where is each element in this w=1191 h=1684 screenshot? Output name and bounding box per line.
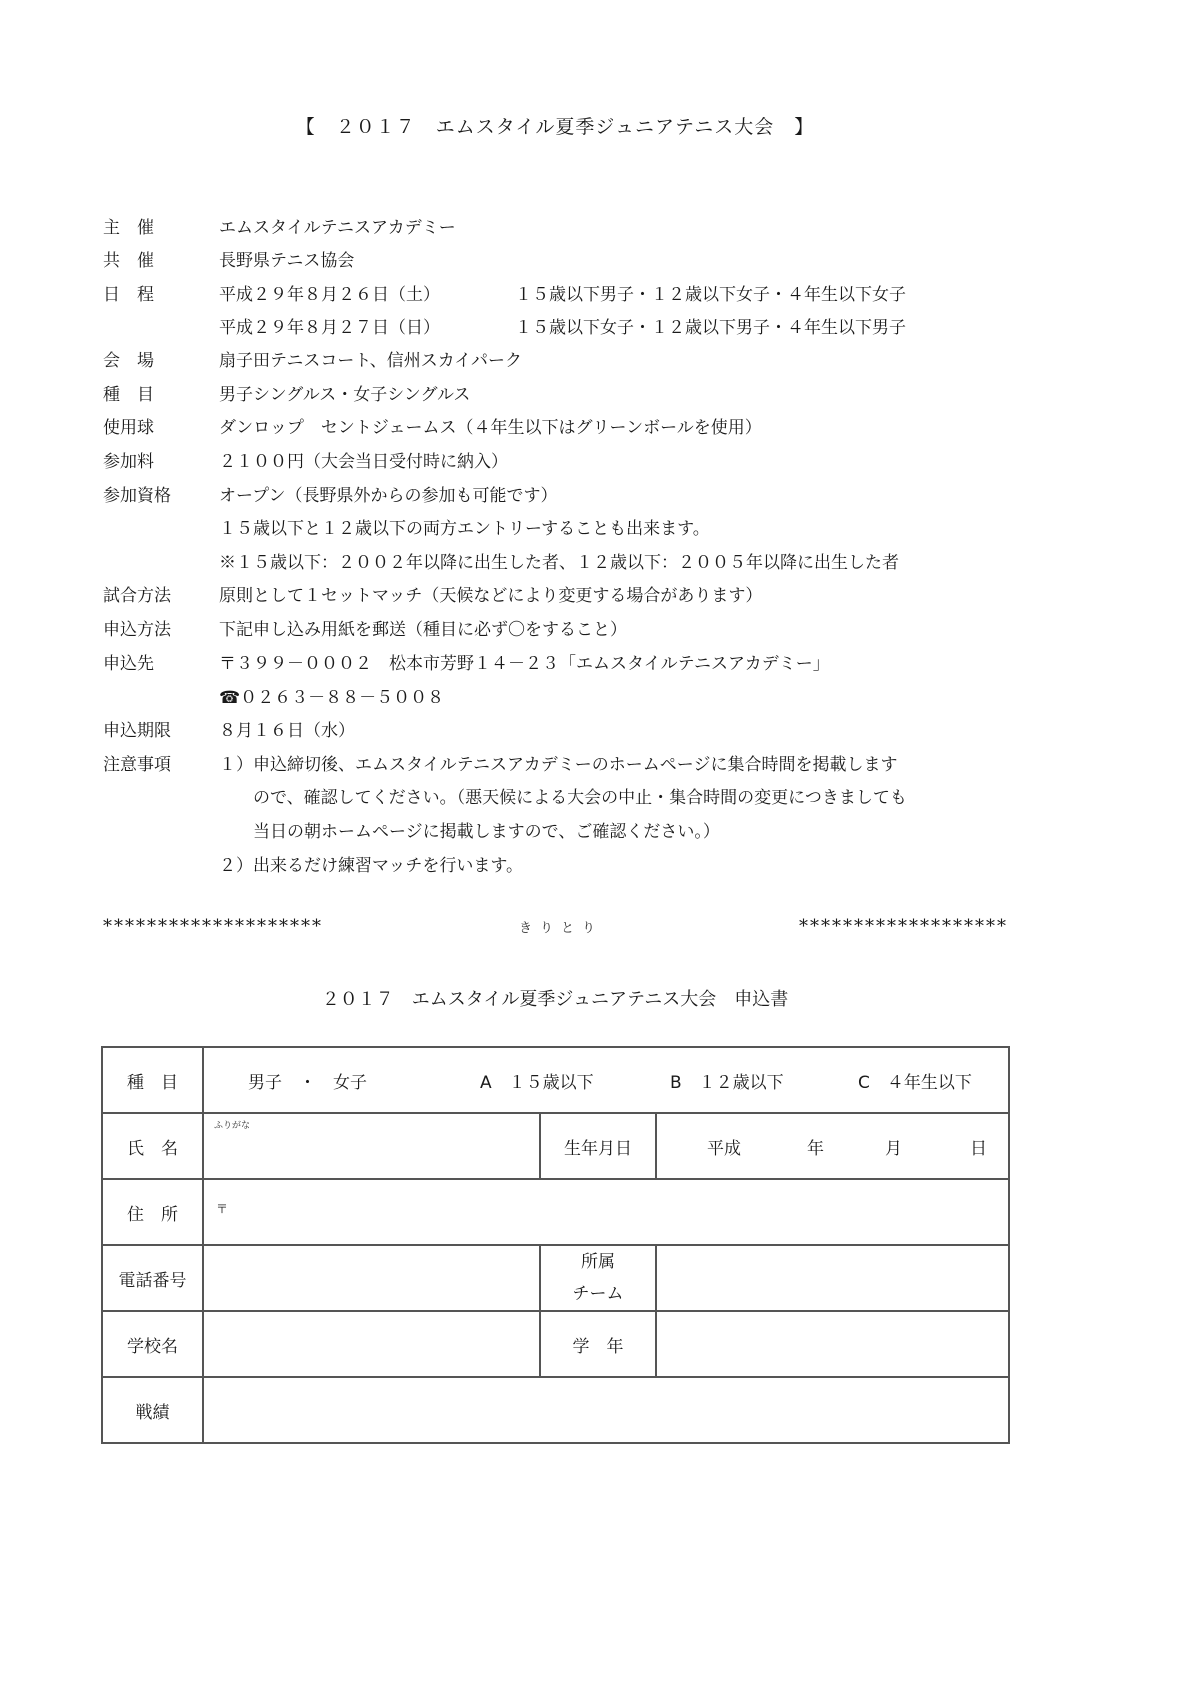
school-label: 学校名 (102, 1311, 203, 1377)
furigana-label: ふりがな (214, 1118, 250, 1131)
detail-value: 扇子田テニスコート、信州スカイパーク (219, 346, 522, 371)
detail-value: 下記申し込み用紙を郵送（種目に必ず〇をすること） (219, 615, 627, 640)
detail-label: 参加料 (103, 447, 154, 472)
grade-label: 学 年 (540, 1311, 656, 1377)
name-label: 氏 名 (102, 1113, 203, 1179)
event-option-b[interactable]: B １２歳以下 (670, 1068, 858, 1093)
detail-value: 男子シングルス・女子シングルス (219, 380, 470, 405)
dob-field[interactable]: 平成 年 月 日 (656, 1113, 1009, 1179)
event-option-c[interactable]: C ４年生以下 (858, 1068, 972, 1093)
detail-value: 〒３９９－０００２ 松本市芳野１４－２３「エムスタイルテニスアカデミー」 (219, 649, 830, 674)
form-row-event: 種 目 男子 ・ 女子 A １５歳以下 B １２歳以下 C ４年生以下 (102, 1047, 1009, 1113)
team-label-line2: チーム (541, 1278, 655, 1310)
phone-field[interactable] (203, 1245, 540, 1311)
dob-day: 日 (970, 1134, 987, 1159)
event-options-field[interactable]: 男子 ・ 女子 A １５歳以下 B １２歳以下 C ４年生以下 (203, 1047, 1009, 1113)
event-option-gender[interactable]: 男子 ・ 女子 (248, 1068, 480, 1093)
cut-line: ******************** きりとり **************… (103, 916, 1008, 937)
detail-value: エムスタイルテニスアカデミー (219, 213, 456, 238)
school-field[interactable] (203, 1311, 540, 1377)
team-label: 所属 チーム (540, 1245, 656, 1311)
detail-value: 長野県テニス協会 (219, 246, 354, 271)
page-title: 【 ２０１７ エムスタイル夏季ジュニアテニス大会 】 (0, 112, 1110, 139)
detail-label: 申込方法 (103, 615, 171, 640)
form-row-school: 学校名 学 年 (102, 1311, 1009, 1377)
detail-label: 会 場 (103, 346, 154, 371)
form-row-phone: 電話番号 所属 チーム (102, 1245, 1009, 1311)
address-field[interactable]: 〒 (203, 1179, 1009, 1245)
detail-value: ８月１６日（水） (219, 716, 355, 741)
team-field[interactable] (656, 1245, 1009, 1311)
detail-value: ２）出来るだけ練習マッチを行います。 (219, 851, 523, 876)
application-form: 種 目 男子 ・ 女子 A １５歳以下 B １２歳以下 C ４年生以下 氏 名 … (101, 1046, 1010, 1444)
cut-line-right: ******************* (799, 916, 1008, 937)
dob-label: 生年月日 (540, 1113, 656, 1179)
detail-label: 使用球 (103, 413, 154, 438)
detail-label: 参加資格 (103, 481, 171, 506)
form-row-name: 氏 名 ふりがな 生年月日 平成 年 月 日 (102, 1113, 1009, 1179)
dob-year: 年 (807, 1134, 885, 1159)
team-label-line1: 所属 (541, 1246, 655, 1278)
grade-field[interactable] (656, 1311, 1009, 1377)
detail-label: 申込先 (103, 649, 154, 674)
dob-month: 月 (885, 1134, 970, 1159)
detail-value: 当日の朝ホームページに掲載しますので、ご確認ください。） (219, 817, 720, 842)
dob-era: 平成 (707, 1134, 807, 1159)
detail-value: ので、確認してください。（悪天候による大会の中止・集合時間の変更につきましても (219, 783, 907, 808)
detail-label: 注意事項 (103, 750, 171, 775)
detail-value: ２１００円（大会当日受付時に納入） (219, 447, 508, 472)
detail-label: 申込期限 (103, 716, 171, 741)
cut-line-left: ******************** (103, 916, 323, 937)
record-label: 戦績 (102, 1377, 203, 1443)
phone-label: 電話番号 (102, 1245, 203, 1311)
form-row-address: 住 所 〒 (102, 1179, 1009, 1245)
detail-value: 平成２９年８月２６日（土） (219, 280, 440, 305)
address-label: 住 所 (102, 1179, 203, 1245)
detail-label: 共 催 (103, 246, 154, 271)
name-field[interactable]: ふりがな (203, 1113, 540, 1179)
cut-line-label: きりとり (519, 917, 603, 936)
event-option-a[interactable]: A １５歳以下 (480, 1068, 670, 1093)
detail-value: オープン（長野県外からの参加も可能です） (219, 481, 557, 506)
detail-value-categories: １５歳以下男子・１２歳以下女子・４年生以下女子 (515, 280, 906, 305)
detail-label: 試合方法 (103, 581, 171, 606)
detail-value: １５歳以下と１２歳以下の両方エントリーすることも出来ます。 (219, 514, 710, 539)
detail-label: 種 目 (103, 380, 154, 405)
detail-value: ※１５歳以下：２００２年以降に出生した者、１２歳以下：２００５年以降に出生した者 (219, 548, 899, 573)
detail-value: 平成２９年８月２７日（日） (219, 313, 440, 338)
form-row-record: 戦績 (102, 1377, 1009, 1443)
event-label: 種 目 (102, 1047, 203, 1113)
detail-value: ダンロップ セントジェームス（４年生以下はグリーンボールを使用） (219, 413, 762, 438)
detail-label: 日 程 (103, 280, 154, 305)
detail-label: 主 催 (103, 213, 154, 238)
record-field[interactable] (203, 1377, 1009, 1443)
detail-value: ☎０２６３－８８－５００８ (219, 683, 444, 708)
form-title: ２０１７ エムスタイル夏季ジュニアテニス大会 申込書 (0, 985, 1110, 1011)
detail-value-categories: １５歳以下女子・１２歳以下男子・４年生以下男子 (515, 313, 906, 338)
postal-mark-icon: 〒 (216, 1200, 228, 1217)
detail-value: 原則として１セットマッチ（天候などにより変更する場合があります） (219, 581, 762, 606)
detail-value: １）申込締切後、エムスタイルテニスアカデミーのホームページに集合時間を掲載します (219, 750, 897, 775)
